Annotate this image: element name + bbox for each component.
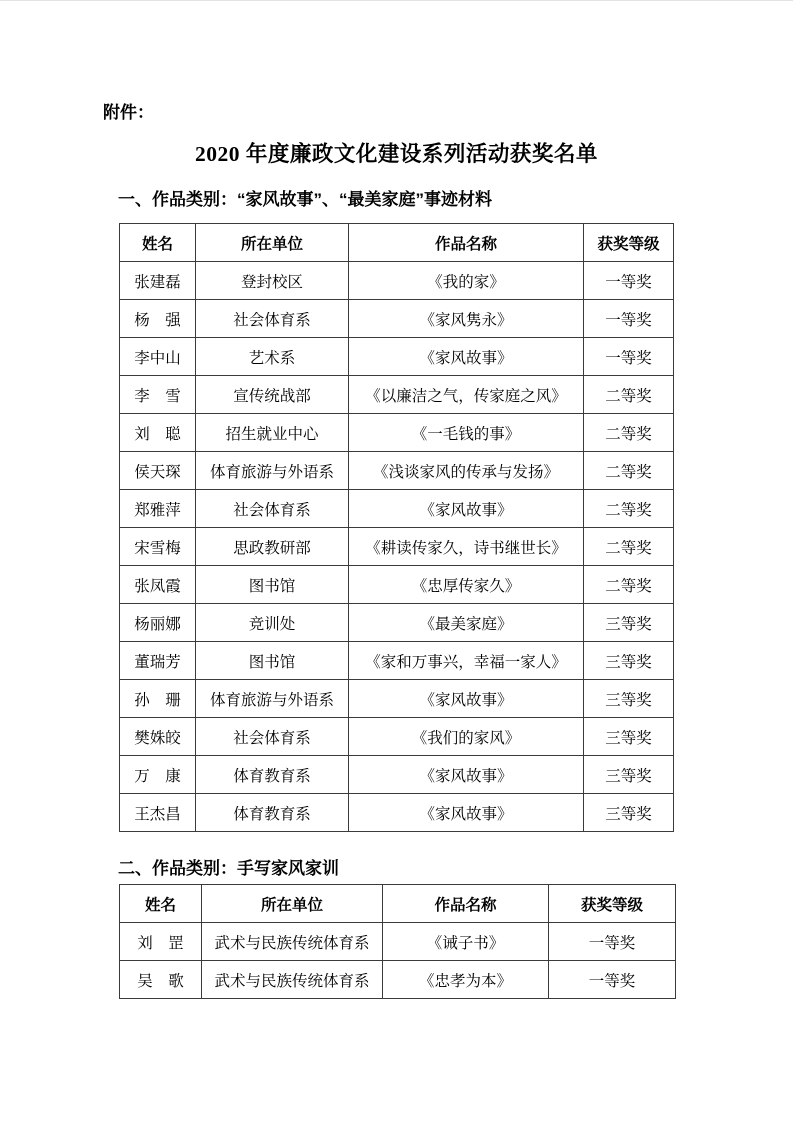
cell-award: 三等奖 [584, 756, 674, 794]
column-header-award: 获奖等级 [549, 885, 676, 923]
column-header-unit: 所在单位 [202, 885, 383, 923]
cell-award: 三等奖 [584, 680, 674, 718]
cell-work: 《耕读传家久，诗书继世长》 [349, 528, 584, 566]
table-row: 杨 强 社会体育系 《家风隽永》 一等奖 [120, 300, 674, 338]
cell-award: 三等奖 [584, 718, 674, 756]
table-row: 吴 歌 武术与民族传统体育系 《忠孝为本》 一等奖 [120, 961, 676, 999]
section-2-heading: 二、作品类别：手写家风家训 [118, 857, 339, 881]
cell-name: 万 康 [120, 756, 196, 794]
table-row: 万 康 体育教育系 《家风故事》 三等奖 [120, 756, 674, 794]
cell-name: 李 雪 [120, 376, 196, 414]
cell-work: 《我的家》 [349, 262, 584, 300]
cell-unit: 体育旅游与外语系 [196, 680, 349, 718]
cell-unit: 武术与民族传统体育系 [202, 923, 383, 961]
table-row: 郑雅萍 社会体育系 《家风故事》 二等奖 [120, 490, 674, 528]
cell-work: 《家和万事兴，幸福一家人》 [349, 642, 584, 680]
cell-work: 《一毛钱的事》 [349, 414, 584, 452]
cell-unit: 图书馆 [196, 642, 349, 680]
cell-work: 《浅谈家风的传承与发扬》 [349, 452, 584, 490]
cell-award: 二等奖 [584, 414, 674, 452]
column-header-work: 作品名称 [383, 885, 549, 923]
cell-name: 董瑞芳 [120, 642, 196, 680]
table-row: 樊姝皎 社会体育系 《我们的家风》 三等奖 [120, 718, 674, 756]
column-header-name: 姓名 [120, 885, 202, 923]
column-header-work: 作品名称 [349, 224, 584, 262]
cell-name: 樊姝皎 [120, 718, 196, 756]
cell-name: 侯天琛 [120, 452, 196, 490]
table-row: 董瑞芳 图书馆 《家和万事兴，幸福一家人》 三等奖 [120, 642, 674, 680]
cell-unit: 社会体育系 [196, 718, 349, 756]
cell-name: 王杰昌 [120, 794, 196, 832]
awards-table-1: 姓名 所在单位 作品名称 获奖等级 张建磊 登封校区 《我的家》 一等奖 杨 强… [119, 223, 674, 832]
table-header-row: 姓名 所在单位 作品名称 获奖等级 [120, 224, 674, 262]
cell-work: 《忠孝为本》 [383, 961, 549, 999]
cell-work: 《家风故事》 [349, 680, 584, 718]
column-header-unit: 所在单位 [196, 224, 349, 262]
table-row: 宋雪梅 思政教研部 《耕读传家久，诗书继世长》 二等奖 [120, 528, 674, 566]
cell-work: 《最美家庭》 [349, 604, 584, 642]
cell-award: 二等奖 [584, 528, 674, 566]
table-row: 侯天琛 体育旅游与外语系 《浅谈家风的传承与发扬》 二等奖 [120, 452, 674, 490]
cell-award: 三等奖 [584, 794, 674, 832]
document-page: 附件： 2020 年度廉政文化建设系列活动获奖名单 一、作品类别：“家风故事”、… [0, 0, 793, 1122]
table-row: 李 雪 宣传统战部 《以廉洁之气，传家庭之风》 二等奖 [120, 376, 674, 414]
document-title: 2020 年度廉政文化建设系列活动获奖名单 [0, 139, 793, 169]
table-row: 孙 珊 体育旅游与外语系 《家风故事》 三等奖 [120, 680, 674, 718]
cell-award: 一等奖 [584, 338, 674, 376]
cell-award: 二等奖 [584, 566, 674, 604]
cell-award: 三等奖 [584, 604, 674, 642]
table-row: 刘 聪 招生就业中心 《一毛钱的事》 二等奖 [120, 414, 674, 452]
attachment-label: 附件： [103, 101, 154, 125]
cell-unit: 艺术系 [196, 338, 349, 376]
awards-table-2: 姓名 所在单位 作品名称 获奖等级 刘 罡 武术与民族传统体育系 《诫子书》 一… [119, 884, 676, 999]
cell-unit: 社会体育系 [196, 490, 349, 528]
cell-award: 一等奖 [549, 923, 676, 961]
cell-work: 《诫子书》 [383, 923, 549, 961]
cell-award: 二等奖 [584, 376, 674, 414]
table-row: 李中山 艺术系 《家风故事》 一等奖 [120, 338, 674, 376]
cell-unit: 图书馆 [196, 566, 349, 604]
cell-unit: 体育旅游与外语系 [196, 452, 349, 490]
cell-work: 《家风隽永》 [349, 300, 584, 338]
section-1-heading: 一、作品类别：“家风故事”、“最美家庭”事迹材料 [118, 188, 492, 212]
cell-name: 张建磊 [120, 262, 196, 300]
cell-name: 刘 罡 [120, 923, 202, 961]
cell-work: 《家风故事》 [349, 338, 584, 376]
table-row: 刘 罡 武术与民族传统体育系 《诫子书》 一等奖 [120, 923, 676, 961]
cell-unit: 竞训处 [196, 604, 349, 642]
cell-work: 《我们的家风》 [349, 718, 584, 756]
cell-award: 一等奖 [584, 262, 674, 300]
cell-award: 二等奖 [584, 452, 674, 490]
cell-unit: 思政教研部 [196, 528, 349, 566]
cell-name: 张凤霞 [120, 566, 196, 604]
cell-unit: 社会体育系 [196, 300, 349, 338]
cell-unit: 登封校区 [196, 262, 349, 300]
cell-name: 杨丽娜 [120, 604, 196, 642]
cell-work: 《家风故事》 [349, 794, 584, 832]
table-row: 张凤霞 图书馆 《忠厚传家久》 二等奖 [120, 566, 674, 604]
cell-unit: 宣传统战部 [196, 376, 349, 414]
table-row: 张建磊 登封校区 《我的家》 一等奖 [120, 262, 674, 300]
cell-work: 《以廉洁之气，传家庭之风》 [349, 376, 584, 414]
table-row: 杨丽娜 竞训处 《最美家庭》 三等奖 [120, 604, 674, 642]
cell-unit: 体育教育系 [196, 794, 349, 832]
table-row: 王杰昌 体育教育系 《家风故事》 三等奖 [120, 794, 674, 832]
cell-unit: 武术与民族传统体育系 [202, 961, 383, 999]
cell-unit: 体育教育系 [196, 756, 349, 794]
table-header-row: 姓名 所在单位 作品名称 获奖等级 [120, 885, 676, 923]
cell-name: 吴 歌 [120, 961, 202, 999]
cell-name: 杨 强 [120, 300, 196, 338]
cell-award: 三等奖 [584, 642, 674, 680]
cell-work: 《家风故事》 [349, 490, 584, 528]
cell-name: 宋雪梅 [120, 528, 196, 566]
cell-unit: 招生就业中心 [196, 414, 349, 452]
cell-award: 二等奖 [584, 490, 674, 528]
cell-name: 孙 珊 [120, 680, 196, 718]
cell-award: 一等奖 [584, 300, 674, 338]
cell-work: 《忠厚传家久》 [349, 566, 584, 604]
column-header-name: 姓名 [120, 224, 196, 262]
cell-name: 刘 聪 [120, 414, 196, 452]
cell-award: 一等奖 [549, 961, 676, 999]
cell-name: 李中山 [120, 338, 196, 376]
cell-work: 《家风故事》 [349, 756, 584, 794]
cell-name: 郑雅萍 [120, 490, 196, 528]
column-header-award: 获奖等级 [584, 224, 674, 262]
